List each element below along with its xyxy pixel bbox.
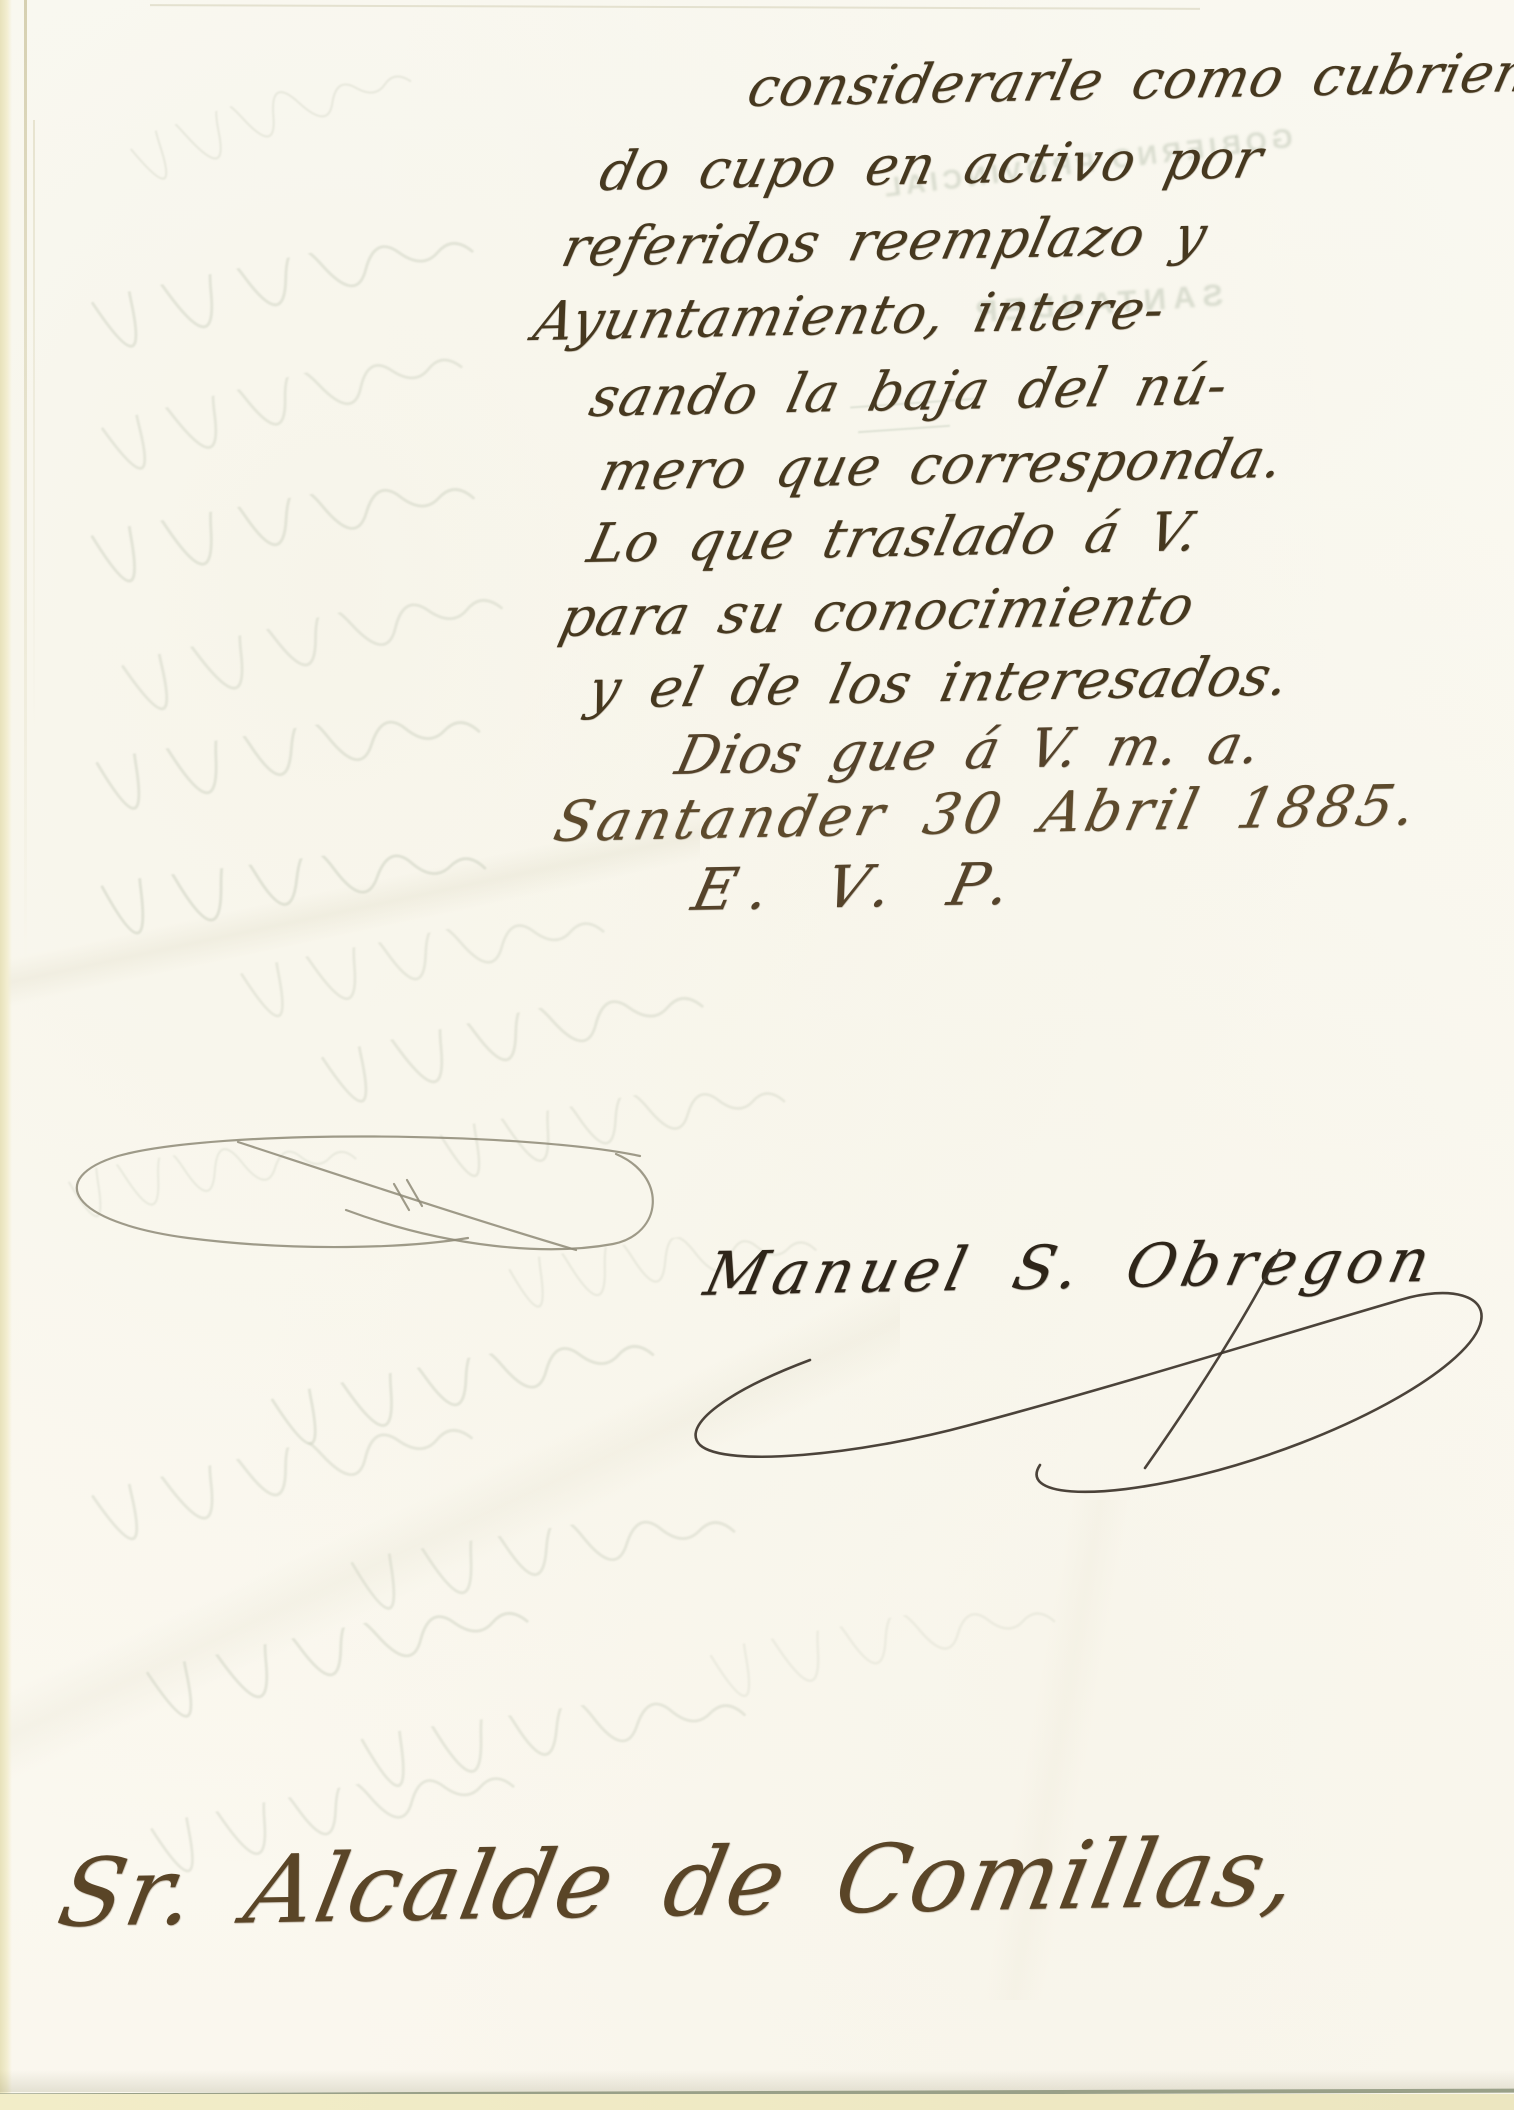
scanned-letter-page: GOBIERNO PROVINCIAL SANTANDER considerar… — [0, 0, 1514, 2110]
letter-line: mero que corresponda. — [594, 427, 1290, 503]
ghost-letterhead-rule — [858, 425, 950, 433]
page-edge-left-line — [24, 0, 27, 960]
letter-line: considerarle como cubrien- — [742, 40, 1514, 119]
letter-line: do cupo en activo por — [594, 127, 1269, 203]
valediction-line: Dios gue á V. m. a. — [670, 713, 1268, 787]
addressee-line: Sr. Alcalde de Comillas, — [50, 1818, 1308, 1949]
ghost-handwriting-stroke — [58, 462, 502, 597]
page-edge-left-strip — [0, 0, 12, 2110]
letter-line: Ayuntamiento, intere- — [528, 278, 1172, 353]
ghost-handwriting-stroke — [88, 335, 471, 485]
page-edge-bottom-strip — [0, 2094, 1514, 2110]
letter-line: referidos reemplazo y — [556, 203, 1214, 279]
pencil-flourish — [28, 1126, 668, 1276]
ghost-handwriting-stroke — [118, 50, 422, 200]
antefirma-initials: E. V. P. — [686, 849, 1031, 924]
letter-line: para su conocimiento — [554, 574, 1201, 649]
signature-rubric-flourish — [640, 1240, 1514, 1520]
page-edge-top-line — [150, 4, 1200, 10]
page-edge-left-line — [33, 120, 35, 740]
ghost-handwriting-stroke — [108, 576, 511, 724]
ghost-handwriting-stroke — [698, 1589, 1063, 1711]
letter-line: y el de los interesados. — [582, 644, 1296, 721]
letter-line: Lo que traslado á V. — [582, 500, 1206, 575]
letter-line: sando la baja del nú- — [584, 353, 1235, 429]
